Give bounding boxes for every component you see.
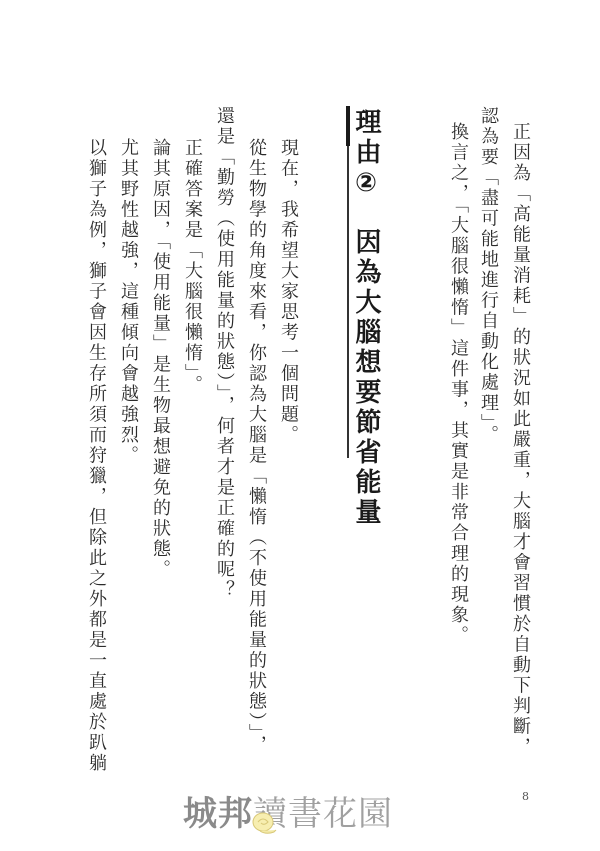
- heading-label: 理由: [351, 108, 381, 168]
- text-line: 從生物學的角度來看，你認為大腦是「懶惰（不使用能量的狀態）」，: [247, 138, 265, 756]
- heading-title: 因為大腦想要節省能量: [351, 228, 381, 528]
- heading-accent-bar: [346, 106, 350, 146]
- text-line: 換言之，「大腦很懶惰」這件事，其實是非常合理的現象。: [449, 122, 467, 646]
- text-line: 正因為「高能量消耗」的狀況如此嚴重，大腦才會習慣於自動下判斷，: [511, 122, 529, 758]
- page-number: 8: [522, 790, 529, 803]
- text-line: 論其原因，「使用能量」是生物最想避免的狀態。: [151, 138, 169, 580]
- text-line: 現在，我希望大家思考一個問題。: [279, 138, 297, 446]
- text-line: 正確答案是「大腦很懶惰」。: [183, 138, 201, 396]
- text-line: 以獅子為例，獅子會因生存所須而狩獵，但除此之外都是一直處於趴躺: [87, 138, 105, 774]
- text-line: 認為要「盡可能地進行自動化處理」。: [479, 106, 497, 446]
- heading-number: ②: [351, 168, 381, 202]
- section-heading: 理由②因為大腦想要節省能量: [353, 108, 379, 528]
- text-line: 尤其野性越強，這種傾向會越強烈。: [119, 138, 137, 466]
- watermark-bold-text: 城邦: [183, 794, 253, 834]
- text-line: 還是「勤勞（使用能量的狀態）」，何者才是正確的呢？: [215, 106, 233, 601]
- publisher-watermark: 城邦讀書花園: [183, 786, 393, 835]
- snail-mascot-icon: [252, 812, 278, 836]
- heading-rule: [347, 146, 349, 458]
